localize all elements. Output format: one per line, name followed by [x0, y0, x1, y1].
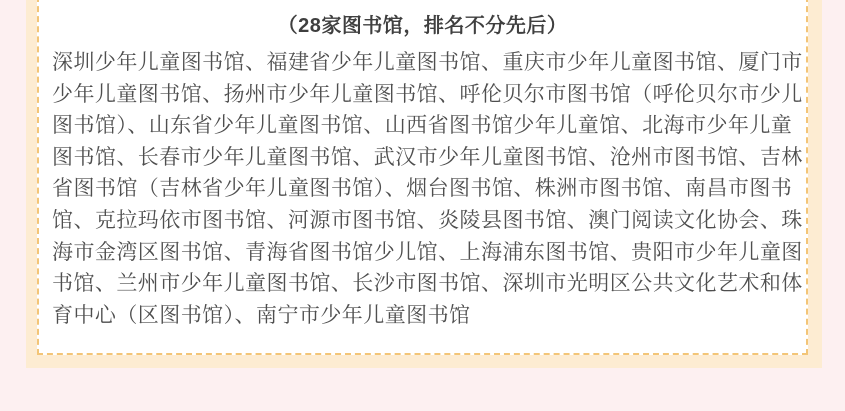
dashed-border-panel: （28家图书馆，排名不分先后） 深圳少年儿童图书馆、福建省少年儿童图书馆、重庆市… — [37, 0, 808, 355]
page-background: （28家图书馆，排名不分先后） 深圳少年儿童图书馆、福建省少年儿童图书馆、重庆市… — [0, 0, 845, 411]
list-title: （28家图书馆，排名不分先后） — [39, 13, 806, 39]
library-list-text: 深圳少年儿童图书馆、福建省少年儿童图书馆、重庆市少年儿童图书馆、厦门市少年儿童图… — [39, 47, 812, 331]
content-card: （28家图书馆，排名不分先后） 深圳少年儿童图书馆、福建省少年儿童图书馆、重庆市… — [26, 0, 822, 368]
